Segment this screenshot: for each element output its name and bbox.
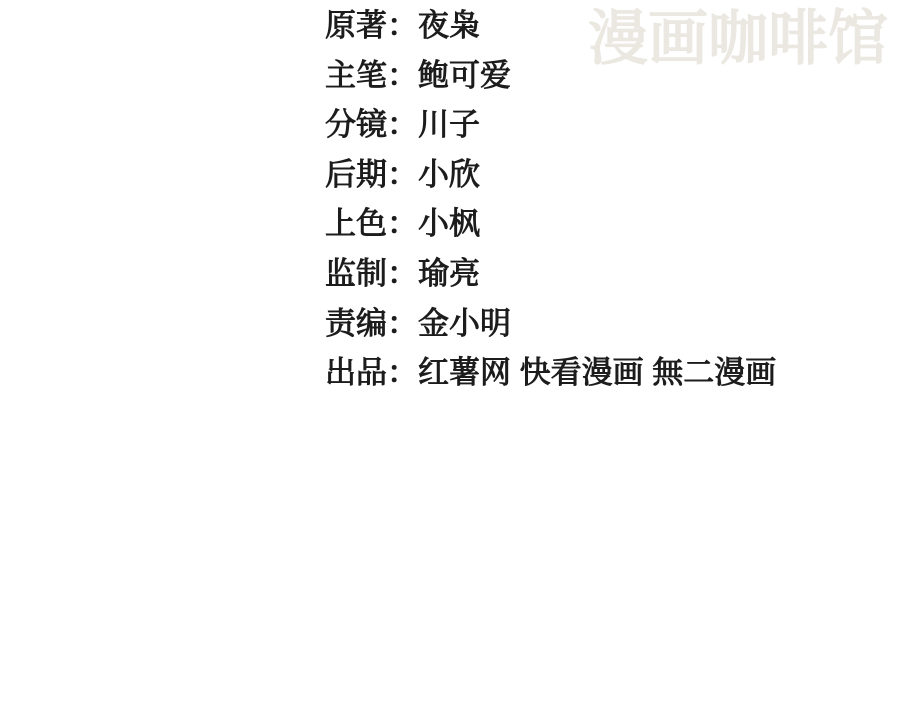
credit-role: 分镜 bbox=[325, 107, 387, 142]
credit-line-coloring: 上色：小枫 bbox=[325, 199, 776, 249]
credit-name: 金小明 bbox=[418, 306, 511, 341]
credit-role: 出品 bbox=[325, 355, 387, 390]
credits-list: 原著：夜枭 主笔：鲍可爱 分镜：川子 后期：小欣 上色：小枫 监制：瑜亮 责编：… bbox=[325, 1, 776, 398]
credit-name: 鲍可爱 bbox=[418, 58, 511, 93]
credit-colon: ： bbox=[387, 107, 418, 142]
credit-role: 后期 bbox=[325, 157, 387, 192]
credit-role: 原著 bbox=[325, 8, 387, 43]
credit-colon: ： bbox=[387, 206, 418, 241]
credit-name: 小欣 bbox=[418, 157, 480, 192]
credit-name: 瑜亮 bbox=[418, 256, 480, 291]
credit-name: 小枫 bbox=[418, 206, 480, 241]
credit-colon: ： bbox=[387, 256, 418, 291]
credit-role: 主笔 bbox=[325, 58, 387, 93]
credit-colon: ： bbox=[387, 8, 418, 43]
credit-role: 监制 bbox=[325, 256, 387, 291]
credit-line-supervisor: 监制：瑜亮 bbox=[325, 249, 776, 299]
credit-name: 川子 bbox=[418, 107, 480, 142]
credit-line-editor: 责编：金小明 bbox=[325, 299, 776, 349]
credit-line-post-production: 后期：小欣 bbox=[325, 150, 776, 200]
credit-role: 责编 bbox=[325, 306, 387, 341]
credit-role: 上色 bbox=[325, 206, 387, 241]
credit-name: 红薯网 快看漫画 無二漫画 bbox=[418, 355, 776, 390]
credit-name: 夜枭 bbox=[418, 8, 480, 43]
credit-colon: ： bbox=[387, 306, 418, 341]
credit-line-original-author: 原著：夜枭 bbox=[325, 1, 776, 51]
credit-line-lead-artist: 主笔：鲍可爱 bbox=[325, 51, 776, 101]
credit-colon: ： bbox=[387, 58, 418, 93]
credit-line-publisher: 出品：红薯网 快看漫画 無二漫画 bbox=[325, 348, 776, 398]
credit-colon: ： bbox=[387, 157, 418, 192]
credit-line-storyboard: 分镜：川子 bbox=[325, 100, 776, 150]
credit-colon: ： bbox=[387, 355, 418, 390]
